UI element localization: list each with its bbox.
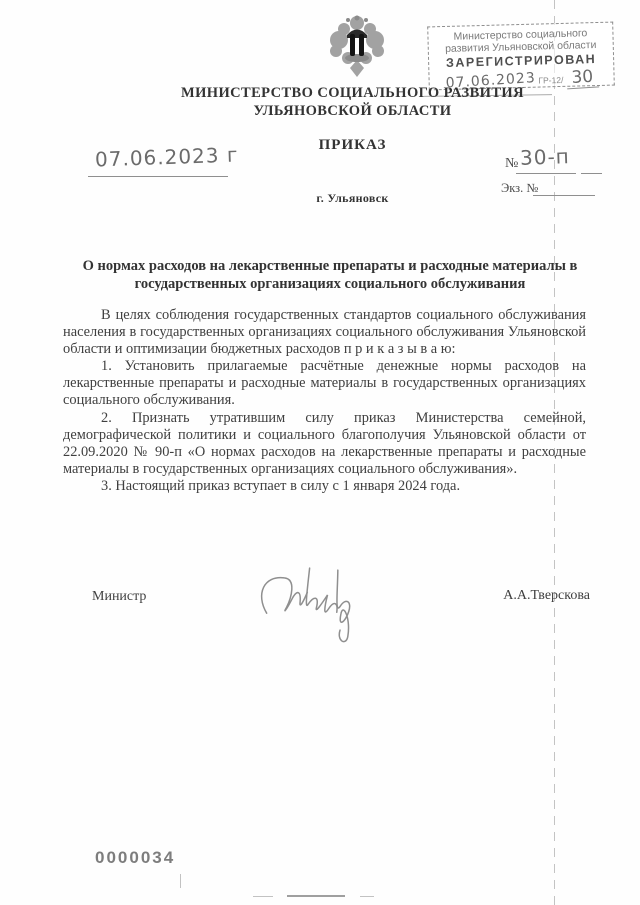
number-underline-2: [581, 173, 602, 174]
paragraph-item-2: 2. Признать утратившим силу приказ Минис…: [63, 410, 586, 478]
date-underline: [88, 176, 228, 177]
order-title: О нормах расходов на лекарственные препа…: [80, 258, 580, 293]
ministry-name-line2: УЛЬЯНОВСКОЙ ОБЛАСТИ: [65, 103, 640, 121]
scan-mark-tick: [180, 874, 181, 888]
number-label: №: [505, 156, 518, 172]
signature-icon: [252, 556, 374, 648]
ministry-header: МИНИСТЕРСТВО СОЦИАЛЬНОГО РАЗВИТИЯ УЛЬЯНО…: [65, 85, 640, 120]
signer-position: Министр: [92, 589, 146, 605]
order-body: В целях соблюдения государственных станд…: [63, 307, 586, 495]
signer-name: А.А.Тверскова: [503, 588, 590, 604]
document-page: Министерство социального развития Ульяно…: [0, 0, 640, 905]
handwritten-date: 07.06.2023 г: [95, 143, 239, 172]
paragraph-item-1: 1. Установить прилагаемые расчётные дене…: [63, 358, 586, 409]
city-label: г. Ульяновск: [65, 191, 640, 206]
coat-of-arms-svg: [326, 14, 388, 80]
scan-mark-dash-1: [253, 896, 273, 897]
document-print-code: 0000034: [95, 848, 175, 868]
number-underline: [516, 173, 576, 174]
stamp-code-label: ГР-12/: [538, 75, 563, 86]
paragraph-preamble: В целях соблюдения государственных станд…: [63, 307, 586, 358]
ministry-name-line1: МИНИСТЕРСТВО СОЦИАЛЬНОГО РАЗВИТИЯ: [65, 85, 640, 103]
registration-stamp: Министерство социального развития Ульяно…: [427, 22, 615, 91]
scan-mark-dash-3: [360, 896, 374, 897]
scan-mark-dash-2: [287, 895, 345, 897]
handwritten-number: 30-п: [520, 144, 571, 170]
paragraph-item-3: 3. Настоящий приказ вступает в силу с 1 …: [63, 478, 586, 495]
coat-of-arms-icon: [326, 14, 388, 80]
